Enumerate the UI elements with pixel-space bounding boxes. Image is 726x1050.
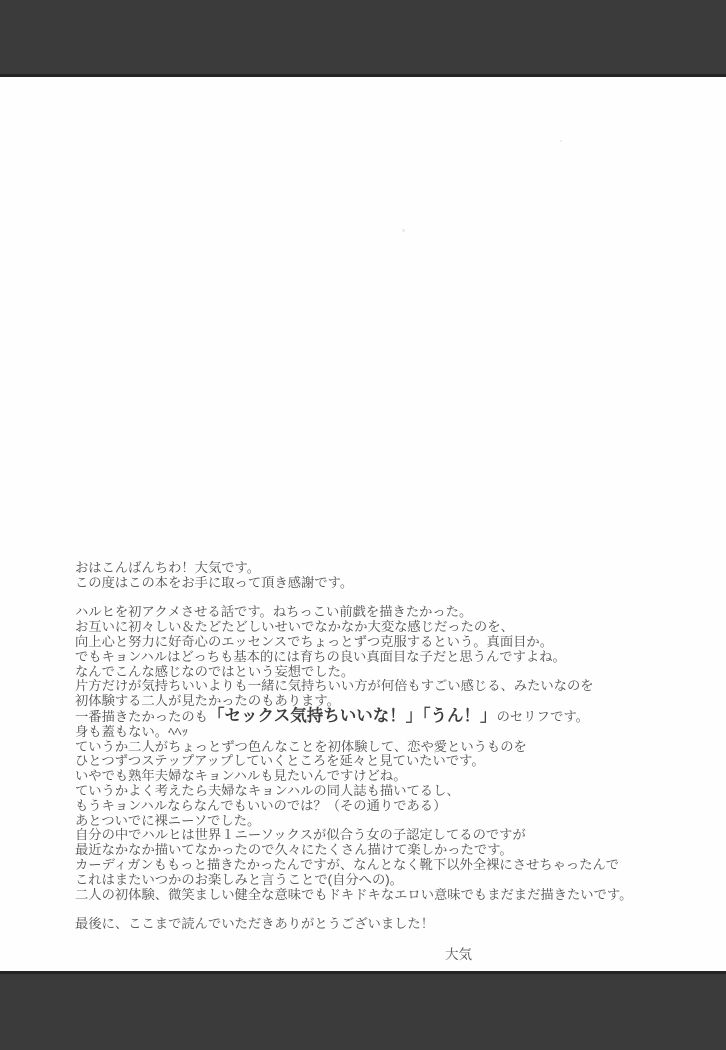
text-segment: 身も蓋もない。ﾍﾍｯ bbox=[75, 724, 188, 739]
bottom-scan-border bbox=[0, 971, 726, 1050]
text-line: ていうか二人がちょっとずつ色んなことを初体験して、恋や愛というものを bbox=[75, 740, 695, 755]
text-segment: ひとつずつステップアップしていくところを延々と見ていたいです。 bbox=[75, 753, 485, 768]
text-segment: この度はこの本をお手に取って頂き感謝です。 bbox=[75, 575, 353, 590]
text-line: 最後に、ここまで読んでいただきありがとうございました！ bbox=[75, 917, 695, 932]
text-segment: 初体験する二人が見たかったのもあります。 bbox=[75, 693, 340, 708]
text-segment: おはこんばんちわ！大気です。 bbox=[75, 560, 260, 575]
text-line: カーディガンももっと描きたかったんですが、なんとなく靴下以外全裸にさせちゃったん… bbox=[75, 858, 695, 873]
text-line: ひとつずつステップアップしていくところを延々と見ていたいです。 bbox=[75, 754, 695, 769]
text-segment: 最近なかなか描いてなかったので久々にたくさん描けて楽しかったです。 bbox=[75, 842, 513, 857]
text-line: 二人の初体験、微笑ましい健全な意味でもドキドキなエロい意味でもまだまだ描きたいで… bbox=[75, 888, 695, 903]
text-segment: もうキョンハルならなんでもいいのでは？（その通りである） bbox=[75, 798, 446, 813]
text-line: 最近なかなか描いてなかったので久々にたくさん描けて楽しかったです。 bbox=[75, 843, 695, 858]
text-line: いやでも熟年夫婦なキョンハルも見たいんですけどね。 bbox=[75, 769, 695, 784]
text-segment: でもキョンハルはどっちも基本的には育ちの良い真面目な子だと思うんですよね。 bbox=[75, 649, 566, 664]
text-segment: なんでこんな感じなのではという妄想でした。 bbox=[75, 664, 354, 679]
text-line: もうキョンハルならなんでもいいのでは？（その通りである） bbox=[75, 799, 695, 814]
scanned-afterword-page: おはこんばんちわ！大気です。この度はこの本をお手に取って頂き感謝です。 ハルヒを… bbox=[0, 0, 726, 1050]
text-segment: 一番描きたかったのも bbox=[75, 709, 208, 724]
text-line: 片方だけが気持ちいいよりも一緒に気持ちいい方が何倍もすごい感じる、みたいなのを bbox=[75, 679, 695, 694]
text-segment: ていうか二人がちょっとずつ色んなことを初体験して、恋や愛というものを bbox=[75, 739, 527, 754]
text-line: でもキョンハルはどっちも基本的には育ちの良い真面目な子だと思うんですよね。 bbox=[75, 650, 695, 665]
text-segment: 二人の初体験、微笑ましい健全な意味でもドキドキなエロい意味でもまだまだ描きたいで… bbox=[75, 887, 632, 902]
text-segment: ていうかよく考えたら夫婦なキョンハルの同人誌も描いてるし、 bbox=[75, 783, 460, 798]
text-line: これはまたいつかのお楽しみと言うことで(自分への)。 bbox=[75, 873, 695, 888]
text-line: この度はこの本をお手に取って頂き感謝です。 bbox=[75, 576, 695, 591]
text-segment: いやでも熟年夫婦なキョンハルも見たいんですけどね。 bbox=[75, 768, 407, 783]
text-line: 自分の中でハルヒは世界１ニーソックスが似合う女の子認定してるのですが bbox=[75, 828, 695, 843]
text-segment: あとついでに裸ニーソでした。 bbox=[75, 813, 260, 828]
author-signature: 大気 bbox=[445, 947, 472, 963]
text-line: ハルヒを初アクメさせる話です。ねちっこい前戯を描きたかった。 bbox=[75, 605, 695, 620]
text-line bbox=[75, 902, 695, 917]
text-line: 一番描きたかったのも「セックス気持ちいいな！」「うん！」のセリフです。 bbox=[75, 709, 695, 725]
text-line: おはこんばんちわ！大気です。 bbox=[75, 561, 695, 576]
text-segment: これはまたいつかのお楽しみと言うことで(自分への)。 bbox=[75, 872, 403, 887]
text-segment: 最後に、ここまで読んでいただきありがとうございました！ bbox=[75, 916, 434, 931]
afterword-text-block: おはこんばんちわ！大気です。この度はこの本をお手に取って頂き感謝です。 ハルヒを… bbox=[75, 561, 695, 932]
scan-speck bbox=[402, 229, 405, 232]
text-segment: カーディガンももっと描きたかったんですが、なんとなく靴下以外全裸にさせちゃったん… bbox=[75, 857, 619, 872]
text-line: 身も蓋もない。ﾍﾍｯ bbox=[75, 725, 695, 740]
text-segment: お互いに初々しい＆たどたどしいせいでなかなか大変な感じだったのを、 bbox=[75, 619, 514, 634]
text-line: 向上心と努力に好奇心のエッセンスでちょっとずつ克服するという。真面目か。 bbox=[75, 635, 695, 650]
text-line: お互いに初々しい＆たどたどしいせいでなかなか大変な感じだったのを、 bbox=[75, 620, 695, 635]
scan-speck bbox=[560, 140, 562, 142]
text-segment: 片方だけが気持ちいいよりも一緒に気持ちいい方が何倍もすごい感じる、みたいなのを bbox=[75, 678, 594, 693]
text-line: ていうかよく考えたら夫婦なキョンハルの同人誌も描いてるし、 bbox=[75, 784, 695, 799]
emphasized-dialogue-quote: 「セックス気持ちいいな！」「うん！」 bbox=[208, 707, 497, 725]
text-segment: ハルヒを初アクメさせる話です。ねちっこい前戯を描きたかった。 bbox=[75, 604, 472, 619]
top-scan-border bbox=[0, 0, 726, 77]
text-segment: 自分の中でハルヒは世界１ニーソックスが似合う女の子認定してるのですが bbox=[75, 827, 526, 842]
text-segment: 向上心と努力に好奇心のエッセンスでちょっとずつ克服するという。真面目か。 bbox=[75, 634, 553, 649]
text-segment: のセリフです。 bbox=[497, 709, 589, 724]
